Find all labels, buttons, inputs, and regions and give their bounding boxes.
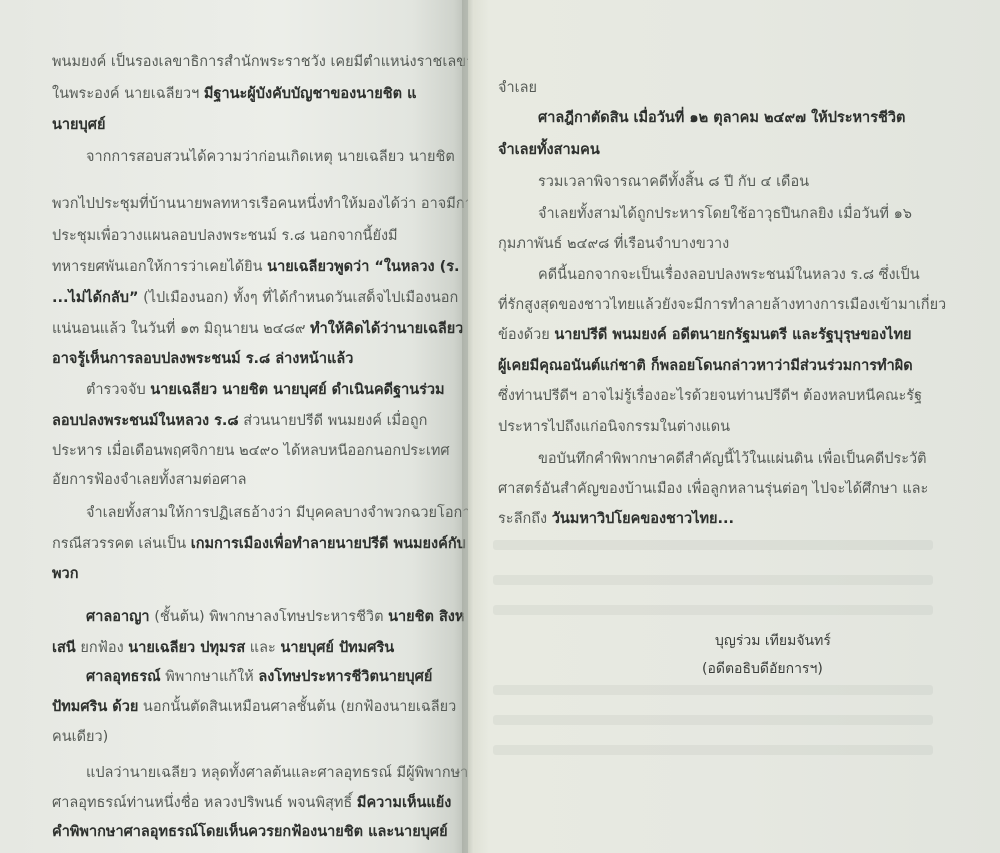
text-span: อัยการฟ้องจำเลยทั้งสามต่อศาล — [52, 472, 247, 488]
bold-text: เสนี — [52, 640, 76, 656]
bold-text: และนายบุศย์ — [368, 824, 447, 840]
bold-text: นายบุศย์ ปัทมศริน — [280, 640, 394, 656]
text-span: ประหาร เมื่อเดือนพฤศจิกายน ๒๔๙๐ ได้หลบหน… — [52, 443, 450, 459]
text-span: รวมเวลาพิจารณาคดีทั้งสิ้น ๘ ปี กับ ๔ เดื… — [538, 174, 809, 190]
text-span: ศาสตร์อันสำคัญของบ้านเมือง เพื่อลูกหลานร… — [498, 481, 928, 497]
text-span: นอกนั้นตัดสินเหมือนศาลชั้นต้น (ยกฟ้องนาย… — [138, 699, 456, 715]
text-span: (ชั้นต้น) พิพากษาลงโทษประหารชีวิต — [150, 609, 389, 625]
left-page: พนมยงค์ เป็นรองเลขาธิการสำนักพระราชวัง เ… — [0, 0, 468, 853]
text-span: จำเลยทั้งสามได้ถูกประหารโดยใช้อาวุธปืนกล… — [538, 206, 912, 222]
bold-text: ศาลอุทธรณ์ — [86, 669, 161, 685]
bleed-through-line — [493, 605, 933, 615]
bleed-through-line — [493, 745, 933, 755]
text-span: (ไปเมืองนอก) ทั้งๆ ที่ได้กำหนดวันเสด็จไป… — [138, 290, 458, 306]
text-line: ทหารยศพันเอกให้การว่าเคยได้ยิน นายเฉลียว… — [52, 257, 460, 277]
text-line: พวกไปประชุมที่บ้านนายพลทหารเรือคนหนึ่งทำ… — [52, 194, 468, 214]
text-span: ยกฟ้อง — [76, 640, 129, 656]
text-line: เสนี ยกฟ้อง นายเฉลียว ปทุมรส และ นายบุศย… — [52, 638, 394, 658]
text-span: และ — [245, 640, 280, 656]
text-span: จำเลย — [498, 80, 537, 96]
text-line: ประชุมเพื่อวางแผนลอบปลงพระชนม์ ร.๘ นอกจา… — [52, 226, 398, 246]
text-span: ประชุมเพื่อวางแผนลอบปลงพระชนม์ ร.๘ นอกจา… — [52, 228, 398, 244]
text-line: ศาลอาญา (ชั้นต้น) พิพากษาลงโทษประหารชีวิ… — [86, 607, 464, 627]
bold-text: จำเลยทั้งสามคน — [498, 142, 600, 158]
text-line: ประหาร เมื่อเดือนพฤศจิกายน ๒๔๙๐ ได้หลบหน… — [52, 441, 450, 461]
text-line: ศาลฎีกาตัดสิน เมื่อวันที่ ๑๒ ตุลาคม ๒๔๙๗… — [538, 108, 905, 128]
right-page: จำเลยศาลฎีกาตัดสิน เมื่อวันที่ ๑๒ ตุลาคม… — [468, 0, 1000, 853]
text-span: แน่นอนแล้ว ในวันที่ ๑๓ มิถุนายน ๒๔๘๙ — [52, 321, 310, 337]
signature-name: บุญร่วม เทียมจันทร์ — [715, 630, 831, 652]
text-span: ตำรวจจับ — [86, 382, 150, 398]
bold-text: อาจรู้เห็นการลอบปลงพระชนม์ ร.๘ ล่างหน้าแ… — [52, 351, 353, 367]
text-span: คนเดียว) — [52, 729, 108, 745]
text-line: จากการสอบสวนได้ความว่าก่อนเกิดเหตุ นายเฉ… — [86, 147, 455, 167]
text-span: กุมภาพันธ์ ๒๔๙๘ ที่เรือนจำบางขวาง — [498, 236, 729, 252]
bold-text: ทำให้คิดได้ว่านายเฉลียว — [310, 321, 463, 337]
text-line: พวก — [52, 564, 78, 584]
text-line: ประหารไปถึงแก่อนิจกรรมในต่างแดน — [498, 417, 730, 437]
text-line: ศาสตร์อันสำคัญของบ้านเมือง เพื่อลูกหลานร… — [498, 479, 928, 499]
text-line: ในพระองค์ นายเฉลียวฯ มีฐานะผู้บังคับบัญช… — [52, 84, 416, 104]
text-span: ที่รักสูงสุดของชาวไทยแล้วยังจะมีการทำลาย… — [498, 297, 946, 313]
text-line: กรณีสวรรคต เล่นเป็น เกมการเมืองเพื่อทำลา… — [52, 534, 466, 554]
text-line: จำเลยทั้งสามได้ถูกประหารโดยใช้อาวุธปืนกล… — [538, 204, 912, 224]
text-line: คดีนี้นอกจากจะเป็นเรื่องลอบปลงพระชนม์ในห… — [538, 265, 920, 285]
text-line: แน่นอนแล้ว ในวันที่ ๑๓ มิถุนายน ๒๔๘๙ ทำใ… — [52, 319, 463, 339]
text-line: ที่รักสูงสุดของชาวไทยแล้วยังจะมีการทำลาย… — [498, 295, 946, 315]
bold-text: คำพิพากษาศาลอุทธรณ์โดยเห็นควรยกฟ้องนายชิ… — [52, 824, 368, 840]
text-line: ...ไม่ได้กลับ” (ไปเมืองนอก) ทั้งๆ ที่ได้… — [52, 288, 458, 308]
text-span: พวกไปประชุมที่บ้านนายพลทหารเรือคนหนึ่งทำ… — [52, 196, 468, 212]
text-span: กรณีสวรรคต เล่นเป็น — [52, 536, 191, 552]
text-span: ข้องด้วย — [498, 327, 554, 343]
text-line: ผู้เคยมีคุณอนันต์แก่ชาติ ก็พลอยโดนกล่าวห… — [498, 356, 913, 376]
text-span: จำเลยทั้งสามให้การปฏิเสธอ้างว่า มีบุคคลบ… — [86, 505, 468, 521]
text-span: คดีนี้นอกจากจะเป็นเรื่องลอบปลงพระชนม์ในห… — [538, 267, 920, 283]
text-span: ในพระองค์ นายเฉลียวฯ — [52, 86, 204, 102]
text-line: จำเลย — [498, 78, 537, 98]
bold-text: เกมการเมืองเพื่อทำลายนายปรีดี พนมยงค์กับ — [191, 536, 466, 552]
text-span: พนมยงค์ เป็นรองเลขาธิการสำนักพระราชวัง เ… — [52, 54, 468, 70]
text-line: ศาลอุทธรณ์ท่านหนึ่งชื่อ หลวงปริพนธ์ พจนพ… — [52, 793, 451, 813]
bold-text: มีความเห็นแย้ง — [357, 795, 451, 811]
text-span: ซึ่งท่านปรีดีฯ อาจไม่รู้เรื่องอะไรด้วยจน… — [498, 388, 922, 404]
text-span: ศาลอุทธรณ์ท่านหนึ่งชื่อ หลวงปริพนธ์ พจนพ… — [52, 795, 357, 811]
text-line: รวมเวลาพิจารณาคดีทั้งสิ้น ๘ ปี กับ ๔ เดื… — [538, 172, 809, 192]
text-line: ระลึกถึง วันมหาวิปโยคของชาวไทย... — [498, 509, 734, 529]
text-span: ส่วนนายปรีดี พนมยงค์ เมื่อถูก — [239, 413, 428, 429]
bold-text: ศาลอาญา — [86, 609, 150, 625]
bleed-through-line — [493, 685, 933, 695]
text-span: จากการสอบสวนได้ความว่าก่อนเกิดเหตุ นายเฉ… — [86, 149, 455, 165]
text-line: ตำรวจจับ นายเฉลียว นายชิต นายบุศย์ ดำเนิ… — [86, 380, 445, 400]
bold-text: นายเฉลียว นายชิต นายบุศย์ ดำเนินคดีฐานร่… — [150, 382, 444, 398]
bold-text: พวก — [52, 566, 78, 582]
text-line: ขอบันทึกคำพิพากษาคดีสำคัญนี้ไว้ในแผ่นดิน… — [538, 449, 927, 469]
text-span: แปลว่านายเฉลียว หลุดทั้งศาลต้นและศาลอุทธ… — [86, 765, 468, 781]
text-line: จำเลยทั้งสามให้การปฏิเสธอ้างว่า มีบุคคลบ… — [86, 503, 468, 523]
bold-text: นายบุศย์ — [52, 117, 105, 133]
text-line: จำเลยทั้งสามคน — [498, 140, 600, 160]
text-line: อัยการฟ้องจำเลยทั้งสามต่อศาล — [52, 470, 247, 490]
text-line: คนเดียว) — [52, 727, 108, 747]
text-span: ประหารไปถึงแก่อนิจกรรมในต่างแดน — [498, 419, 730, 435]
bleed-through-line — [493, 575, 933, 585]
text-span: ระลึกถึง — [498, 511, 552, 527]
bold-text: นายปรีดี พนมยงค์ อดีตนายกรัฐมนตรี และรัฐ… — [554, 327, 911, 343]
text-span: ทหารยศพันเอกให้การว่าเคยได้ยิน — [52, 259, 267, 275]
text-line: แปลว่านายเฉลียว หลุดทั้งศาลต้นและศาลอุทธ… — [86, 763, 468, 783]
text-line: พนมยงค์ เป็นรองเลขาธิการสำนักพระราชวัง เ… — [52, 52, 468, 72]
bleed-through-line — [493, 715, 933, 725]
signature-title: (อดีตอธิบดีอัยการฯ) — [702, 658, 823, 680]
bold-text: ลงโทษประหารชีวิตนายบุศย์ — [258, 669, 432, 685]
bleed-through-line — [493, 540, 933, 550]
bold-text: ปัทมศริน ด้วย — [52, 699, 138, 715]
text-line: ซึ่งท่านปรีดีฯ อาจไม่รู้เรื่องอะไรด้วยจน… — [498, 386, 922, 406]
bold-text: ศาลฎีกาตัดสิน เมื่อวันที่ ๑๒ ตุลาคม ๒๔๙๗… — [538, 110, 905, 126]
text-line: อาจรู้เห็นการลอบปลงพระชนม์ ร.๘ ล่างหน้าแ… — [52, 349, 353, 369]
bold-text: ...ไม่ได้กลับ” — [52, 290, 138, 306]
bold-text: ผู้เคยมีคุณอนันต์แก่ชาติ ก็พลอยโดนกล่าวห… — [498, 358, 913, 374]
text-span: พิพากษาแก้ให้ — [161, 669, 259, 685]
bold-text: นายชิต สิงห — [388, 609, 464, 625]
bold-text: วันมหาวิปโยคของชาวไทย... — [552, 511, 734, 527]
text-line: ลอบปลงพระชนม์ในหลวง ร.๘ ส่วนนายปรีดี พนม… — [52, 411, 427, 431]
bold-text: นายเฉลียวพูดว่า “ในหลวง (ร. — [267, 259, 459, 275]
bold-text: นายเฉลียว ปทุมรส — [128, 640, 245, 656]
text-line: ศาลอุทธรณ์ พิพากษาแก้ให้ ลงโทษประหารชีวิ… — [86, 667, 432, 687]
bold-text: มีฐานะผู้บังคับบัญชาของนายชิต แ — [204, 86, 417, 102]
open-book: พนมยงค์ เป็นรองเลขาธิการสำนักพระราชวัง เ… — [0, 0, 1000, 853]
text-span: ขอบันทึกคำพิพากษาคดีสำคัญนี้ไว้ในแผ่นดิน… — [538, 451, 927, 467]
book-gutter — [462, 0, 474, 853]
bold-text: ลอบปลงพระชนม์ในหลวง ร.๘ — [52, 413, 239, 429]
text-line: นายบุศย์ — [52, 115, 105, 135]
text-line: ปัทมศริน ด้วย นอกนั้นตัดสินเหมือนศาลชั้น… — [52, 697, 456, 717]
text-line: คำพิพากษาศาลอุทธรณ์โดยเห็นควรยกฟ้องนายชิ… — [52, 822, 448, 842]
text-line: กุมภาพันธ์ ๒๔๙๘ ที่เรือนจำบางขวาง — [498, 234, 729, 254]
text-line: ข้องด้วย นายปรีดี พนมยงค์ อดีตนายกรัฐมนต… — [498, 325, 912, 345]
